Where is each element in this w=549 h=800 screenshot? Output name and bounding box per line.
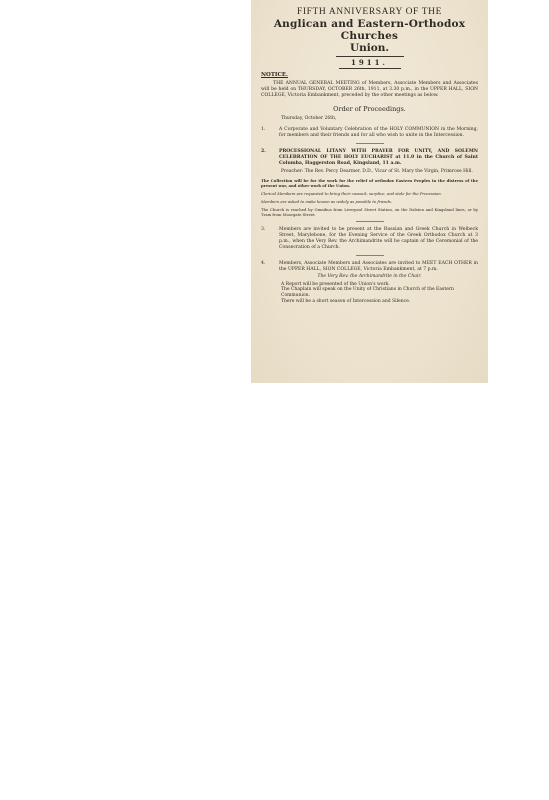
chaplain-line: The Chaplain will speak on the Unity of … [261, 287, 478, 299]
separator [356, 143, 384, 144]
separator [356, 255, 384, 256]
scanned-document-page: FIFTH ANNIVERSARY OF THE Anglican and Ea… [251, 0, 488, 383]
item-number: 1. [261, 127, 279, 139]
clergy-note: Clerical Members are requested to bring … [261, 191, 478, 196]
order-heading: Order of Proceedings. [261, 105, 478, 113]
date-line: Thursday, October 26th, [261, 116, 478, 122]
item-number: 4. [261, 261, 279, 273]
notice-label: NOTICE. [261, 72, 478, 78]
item-text: Members are invited to be present at the… [279, 227, 478, 251]
separator [356, 221, 384, 222]
divider [339, 68, 401, 69]
chair-line: The Very Rev. the Archimandrite in the C… [261, 274, 478, 280]
title-line-2: Anglican and Eastern-Orthodox Churches [261, 18, 478, 42]
intro-paragraph: THE ANNUAL GENERAL MEETING of Members, A… [261, 81, 478, 99]
proceeding-item-2: 2. PROCESSIONAL LITANY WITH PRAYER FOR U… [261, 149, 478, 167]
proceeding-item-1: 1. A Corporate and Voluntary Celebration… [261, 127, 478, 139]
members-note: Members are asked to make known as widel… [261, 199, 478, 204]
intercession-line: There will be a short season of Interces… [261, 299, 478, 305]
item-number: 3. [261, 227, 279, 251]
title-line-3: Union. [261, 42, 478, 54]
directions-note: The Church is reached by Omnibus from Li… [261, 207, 478, 217]
preacher-line: Preacher: The Rev. Percy Dearmer, D.D., … [261, 169, 478, 175]
year: 1911. [261, 58, 478, 67]
item-text: PROCESSIONAL LITANY WITH PRAYER FOR UNIT… [279, 149, 478, 167]
collection-note: The Collection will be for the work for … [261, 178, 478, 188]
proceeding-item-4: 4. Members, Associate Members and Associ… [261, 261, 478, 273]
proceeding-item-3: 3. Members are invited to be present at … [261, 227, 478, 251]
divider [336, 56, 404, 57]
item-text: Members, Associate Members and Associate… [279, 261, 478, 273]
item-text: A Corporate and Voluntary Celebration of… [279, 127, 478, 139]
item-number: 2. [261, 149, 279, 167]
title-line-1: FIFTH ANNIVERSARY OF THE [261, 7, 478, 17]
